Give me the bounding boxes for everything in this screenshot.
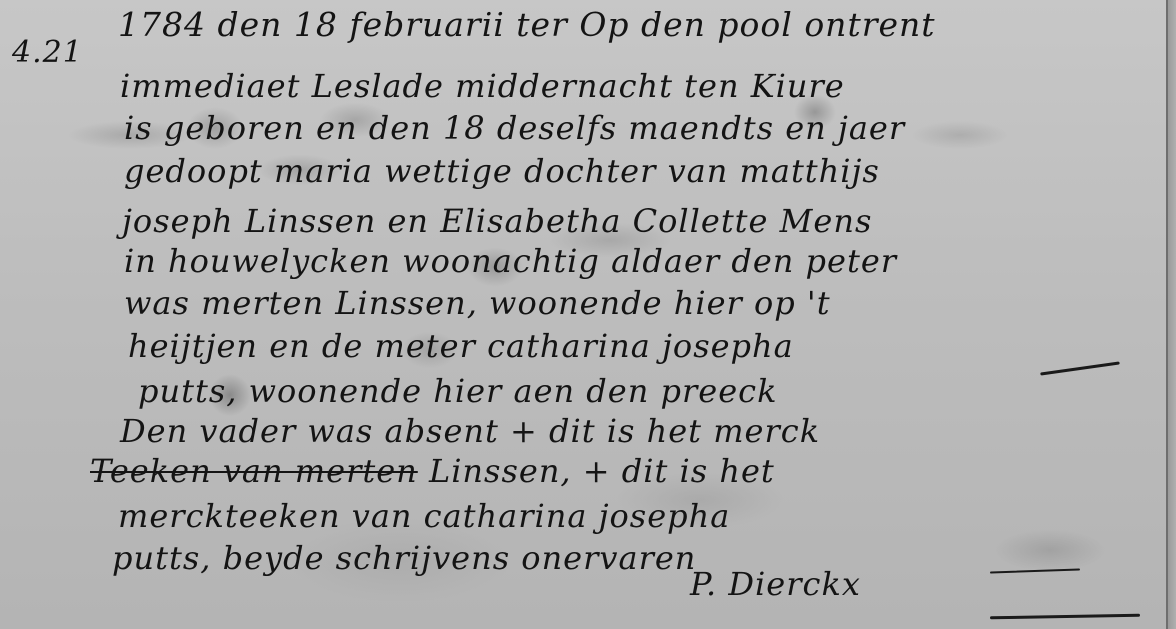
page-edge-line (1166, 0, 1168, 629)
entry-line-8: heijtjen en de meter catharina josepha (128, 330, 794, 362)
line-end-flourish (1040, 361, 1120, 375)
signature-underline (990, 614, 1140, 620)
register-page: 4.21 1784 den 18 februarii ter Op den po… (0, 0, 1176, 629)
page-edge-shadow (1168, 0, 1176, 629)
entry-line-2: immediaet Leslade middernacht ten Kiure (120, 70, 845, 102)
entry-line-6: in houwelycken woonachtig aldaer den pet… (124, 245, 897, 277)
entry-line-5: joseph Linssen en Elisabetha Collette Me… (122, 205, 872, 237)
entry-line-11-remainder: Linssen, + dit is het (429, 452, 775, 490)
entry-line-7: was merten Linssen, woonende hier op 't (124, 287, 831, 319)
entry-line-4: gedoopt maria wettige dochter van matthi… (124, 155, 880, 187)
entry-line-10: Den vader was absent + dit is het merck (120, 415, 820, 447)
entry-line-1: 1784 den 18 februarii ter Op den pool on… (118, 8, 936, 41)
entry-line-13: putts, beyde schrijvens onervaren (112, 542, 696, 574)
priest-signature: P. Dierckx (690, 568, 861, 600)
margin-entry-number: 4.21 (12, 38, 83, 68)
struck-through-text: Teeken van merten (90, 452, 418, 490)
line-end-flourish (990, 568, 1080, 573)
entry-line-11: Teeken van merten Linssen, + dit is het (90, 455, 775, 487)
entry-line-9: putts, woonende hier aen den preeck (138, 375, 777, 407)
entry-line-12: merckteeken van catharina josepha (118, 500, 730, 532)
entry-line-3: is geboren en den 18 deselfs maendts en … (124, 112, 905, 144)
